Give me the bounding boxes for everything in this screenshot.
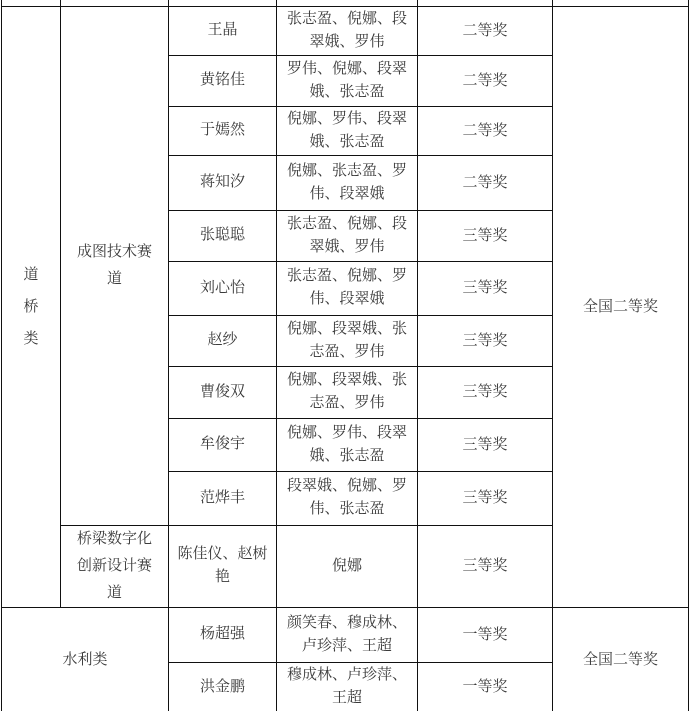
award-cell: 三等奖 <box>418 366 553 418</box>
award-cell: 二等奖 <box>418 6 553 55</box>
category-cell-shuili: 水利类 <box>2 607 169 711</box>
category-label: 道 桥 类 <box>6 259 56 355</box>
award-cell: 二等奖 <box>418 155 553 210</box>
student-cell: 陈佳仪、赵树艳 <box>169 525 277 607</box>
teachers-cell: 倪娜、段翠娥、张志盈、罗伟 <box>277 366 418 418</box>
award-cell: 三等奖 <box>418 210 553 261</box>
track-label: 成图技术赛道 <box>74 239 156 293</box>
track-cell-chengtu: 成图技术赛道 <box>61 6 169 525</box>
student-cell: 黄铭佳 <box>169 55 277 106</box>
student-cell: 蒋知汐 <box>169 155 277 210</box>
track-label: 桥梁数字化创新设计赛道 <box>74 526 156 607</box>
teachers-cell: 倪娜、张志盈、罗伟、段翠娥 <box>277 155 418 210</box>
student-cell: 于嫣然 <box>169 106 277 155</box>
student-cell: 曹俊双 <box>169 366 277 418</box>
student-cell: 牟俊宇 <box>169 418 277 471</box>
category-char: 桥 <box>6 291 56 323</box>
national-award-cell: 全国二等奖 <box>553 6 689 607</box>
award-cell: 三等奖 <box>418 418 553 471</box>
category-char: 道 <box>6 259 56 291</box>
awards-table: 道 桥 类 成图技术赛道 王晶 张志盈、倪娜、段翠娥、罗伟 二等奖 全国二等奖 … <box>1 0 689 711</box>
teachers-cell: 倪娜、罗伟、段翠娥、张志盈 <box>277 418 418 471</box>
teachers-cell: 段翠娥、倪娜、罗伟、张志盈 <box>277 471 418 525</box>
teachers-cell: 倪娜、段翠娥、张志盈、罗伟 <box>277 315 418 366</box>
table-row: 水利类 杨超强 颜笑春、穆成林、卢珍萍、王超 一等奖 全国二等奖 <box>2 607 689 662</box>
student-cell: 刘心怡 <box>169 261 277 315</box>
student-cell: 洪金鹏 <box>169 662 277 711</box>
award-cell: 二等奖 <box>418 55 553 106</box>
student-cell: 杨超强 <box>169 607 277 662</box>
teachers-cell: 倪娜、罗伟、段翠娥、张志盈 <box>277 106 418 155</box>
table-row: 道 桥 类 成图技术赛道 王晶 张志盈、倪娜、段翠娥、罗伟 二等奖 全国二等奖 <box>2 6 689 55</box>
teachers-cell: 张志盈、倪娜、段翠娥、罗伟 <box>277 210 418 261</box>
teachers-cell: 张志盈、倪娜、罗伟、段翠娥 <box>277 261 418 315</box>
national-award-cell: 全国二等奖 <box>553 607 689 711</box>
track-cell-qiaoliang: 桥梁数字化创新设计赛道 <box>61 525 169 607</box>
student-cell: 张聪聪 <box>169 210 277 261</box>
teachers-cell: 颜笑春、穆成林、卢珍萍、王超 <box>277 607 418 662</box>
student-cell: 赵纱 <box>169 315 277 366</box>
award-cell: 二等奖 <box>418 106 553 155</box>
teachers-cell: 倪娜 <box>277 525 418 607</box>
student-cell: 王晶 <box>169 6 277 55</box>
student-cell: 范烨丰 <box>169 471 277 525</box>
award-cell: 三等奖 <box>418 315 553 366</box>
teachers-cell: 穆成林、卢珍萍、王超 <box>277 662 418 711</box>
award-cell: 三等奖 <box>418 261 553 315</box>
teachers-cell: 罗伟、倪娜、段翠娥、张志盈 <box>277 55 418 106</box>
award-cell: 一等奖 <box>418 662 553 711</box>
award-cell: 三等奖 <box>418 471 553 525</box>
category-char: 类 <box>6 323 56 355</box>
teachers-cell: 张志盈、倪娜、段翠娥、罗伟 <box>277 6 418 55</box>
award-cell: 三等奖 <box>418 525 553 607</box>
award-cell: 一等奖 <box>418 607 553 662</box>
category-cell-daoqiao: 道 桥 类 <box>2 6 61 607</box>
